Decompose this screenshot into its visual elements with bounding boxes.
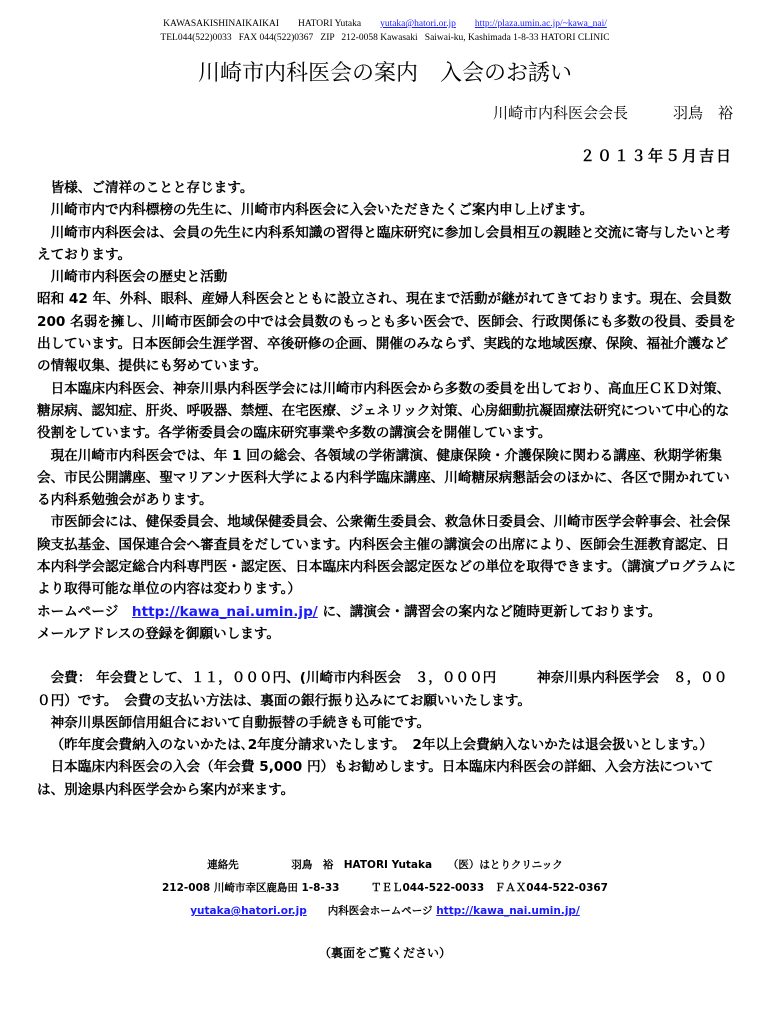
footer-homepage-link[interactable]: http://kawa_nai.umin.jp/	[436, 905, 580, 917]
history-paragraph: 昭和 42 年、外科、眼科、産婦人科医会とともに設立され、現在まで活動が継がれて…	[37, 288, 737, 377]
jpma-paragraph: 日本臨床内科医会の入会（年会費 5,000 円）もお勧めします。日本臨床内科医会…	[37, 756, 737, 801]
auto-transfer-paragraph: 神奈川県医師信用組合において自動振替の手続きも可能です。	[37, 712, 737, 734]
medical-association-paragraph: 市医師会には、健保委員会、地域保健委員会、公衆衛生委員会、救急休日委員会、川崎市…	[37, 511, 737, 600]
footer-contact: 連絡先 羽鳥 裕 HATORI Yutaka （医）はとりクリニック	[0, 857, 770, 872]
history-heading: 川崎市内科医会の歴史と活動	[37, 266, 737, 288]
see-reverse-note: （裏面をご覧ください）	[0, 944, 770, 961]
arrears-note: （昨年度会費納入のないかたは､2年度分請求いたします。 2年以上会費納入ないかた…	[37, 734, 737, 756]
header-url-link[interactable]: http://plaza.umin.ac.jp/~kawa_nai/	[475, 19, 607, 29]
org-name: KAWASAKISHINAIKAIKAI	[163, 19, 279, 29]
committees-paragraph: 日本臨床内科医会、神奈川県内科医学会には川崎市内科医会から多数の委員を出しており…	[37, 378, 737, 445]
activities-paragraph: 現在川崎市内科医会では、年 1 回の総会、各領域の学術講演、健康保険・介護保険に…	[37, 445, 737, 512]
email-registration: メールアドレスの登録を御願いします。	[37, 623, 737, 645]
date-line: ２０１３年５月吉日	[580, 145, 733, 166]
page-title: 川崎市内科医会の案内 入会のお誘い	[0, 56, 770, 87]
footer-address: 212-008 川崎市幸区鹿島田 1-8-33 ＴＥＬ044-522-0033 …	[0, 880, 770, 895]
fee-paragraph: 会費： 年会費として、１１，０００円、(川崎市内科医会 ３，０００円 神奈川県内…	[37, 667, 737, 712]
invitation-paragraph: 川崎市内で内科標榜の先生に、川崎市内科医会に入会いただきたくご案内申し上げます。	[37, 199, 737, 221]
author-name-en: HATORI Yutaka	[298, 19, 361, 29]
homepage-line: ホームページ http://kawa_nai.umin.jp/ に、講演会・講習…	[37, 601, 737, 623]
purpose-paragraph: 川崎市内科医会は、会員の先生に内科系知識の習得と臨床研究に参加し会員相互の親睦と…	[37, 222, 737, 267]
header-email-link[interactable]: yutaka@hatori.or.jp	[380, 19, 456, 29]
footer-email-link[interactable]: yutaka@hatori.or.jp	[190, 905, 307, 917]
letter-body: 皆様、ご清祥のことと存じます。 川崎市内で内科標榜の先生に、川崎市内科医会に入会…	[37, 177, 737, 801]
homepage-link[interactable]: http://kawa_nai.umin.jp/	[132, 604, 318, 620]
header-contact-line: TEL044(522)0033 FAX 044(522)0367 ZIP 212…	[0, 33, 770, 43]
header-line-1: KAWASAKISHINAIKAIKAI HATORI Yutaka yutak…	[0, 19, 770, 29]
footer-links: yutaka@hatori.or.jp 内科医会ホームページ http://ka…	[0, 903, 770, 918]
author-line: 川崎市内科医会会長 羽鳥 裕	[493, 102, 733, 123]
greeting: 皆様、ご清祥のことと存じます。	[37, 177, 737, 199]
